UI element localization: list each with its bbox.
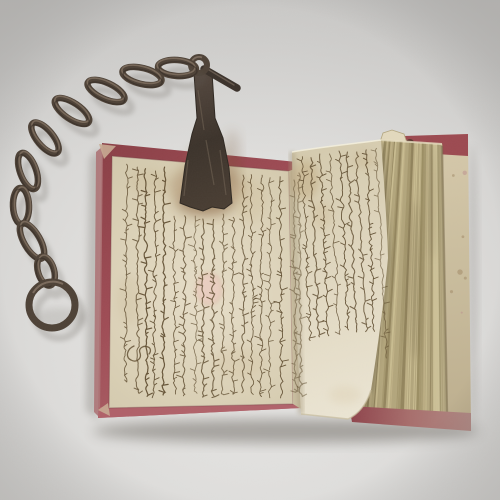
film-grain	[0, 0, 500, 500]
photo-chained-manuscript-book	[0, 0, 500, 500]
photo-grain-overlay	[0, 0, 500, 500]
photo-canvas	[0, 0, 500, 500]
